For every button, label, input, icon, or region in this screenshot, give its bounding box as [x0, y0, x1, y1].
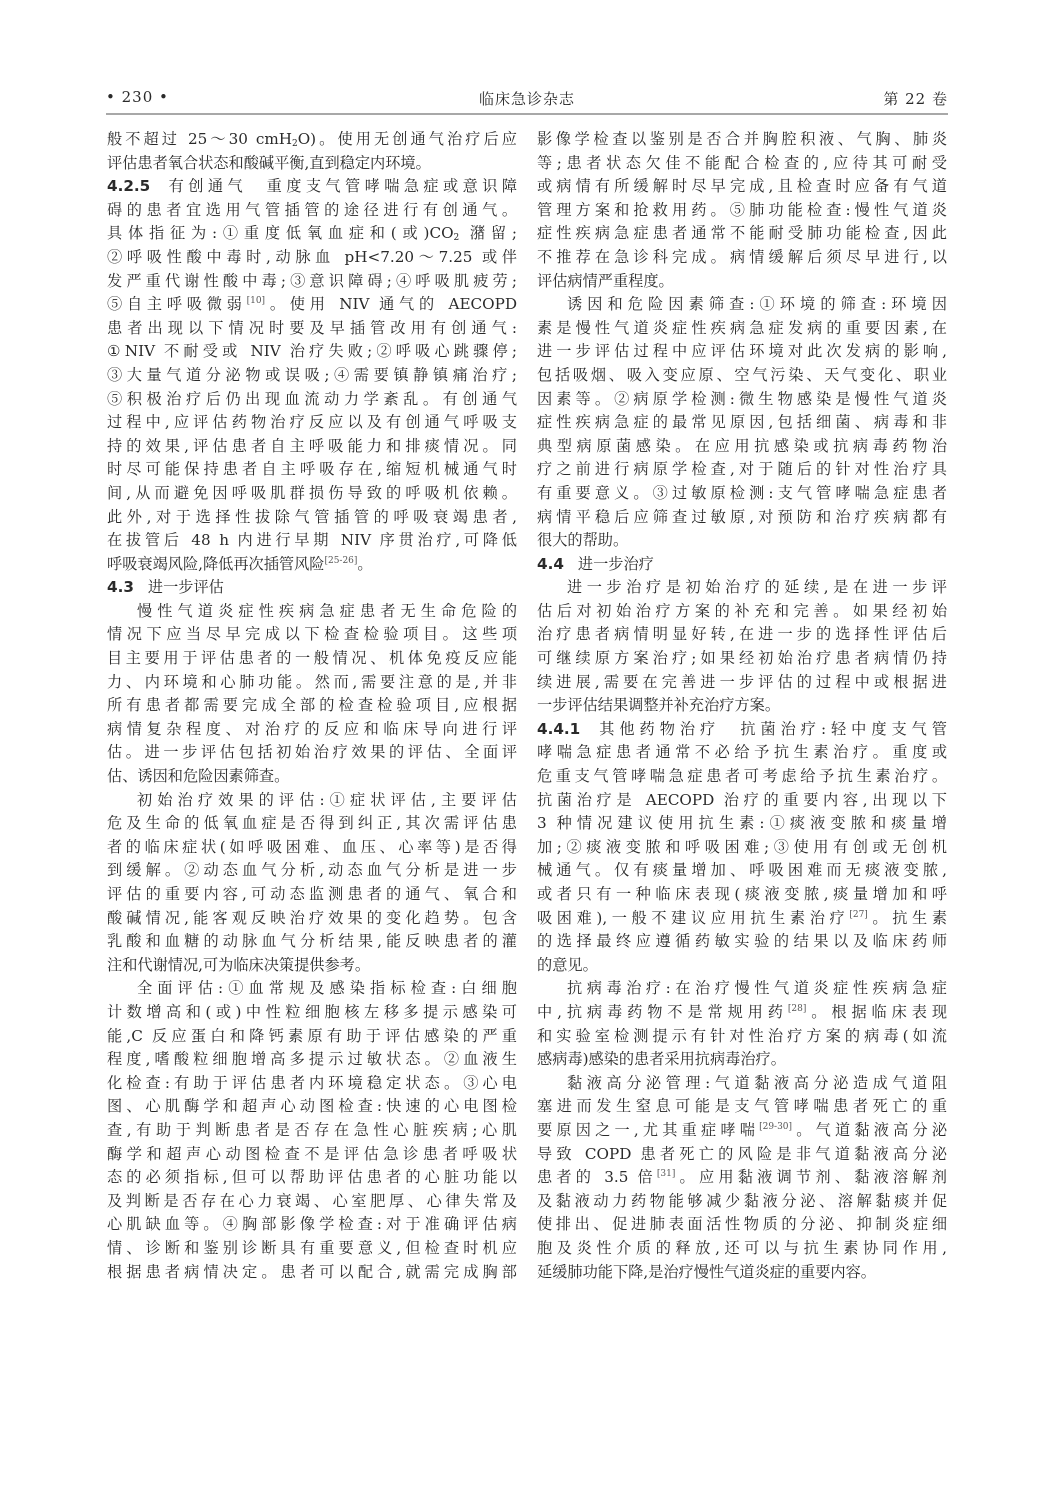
text-line: 持的效果,评估患者自主呼吸能力和排痰情况。同 [107, 435, 517, 459]
text-line: 初始治疗效果的评估:①症状评估,主要评估 [107, 789, 517, 813]
text-line: 时尽可能保持患者自主呼吸存在,缩短机械通气时 [107, 458, 517, 482]
left-column: 般不超过 25～30 cmH2O)。使用无创通气治疗后应评估患者氧合状态和酸碱平… [107, 128, 517, 1284]
text-line: 胞及炎性介质的释放,还可以与抗生素协同作用, [537, 1237, 947, 1261]
text-line: 评估的重要内容,可动态监测患者的通气、氧合和 [107, 883, 517, 907]
text-line: 因素等。②病原学检测:微生物感染是慢性气道炎 [537, 388, 947, 412]
text-line: 呼吸衰竭风险,降低再次插管风险[25-26]。 [107, 553, 517, 577]
text-line: 诱因和危险因素筛查:①环境的筛查:环境因 [537, 293, 947, 317]
text-line: 不推荐在急诊科完成。病情缓解后须尽早进行,以 [537, 246, 947, 270]
citation-ref: [25-26] [324, 556, 357, 566]
text-line: 哮喘急症患者通常不必给予抗生素治疗。重度或 [537, 741, 947, 765]
text-line: 危及生命的低氧血症是否得到纠正,其次需评估患 [107, 812, 517, 836]
text-line: 危重支气管哮喘急症患者可考虑给予抗生素治疗。 [537, 765, 947, 789]
subscript: 2 [292, 139, 298, 149]
section-heading-line: 4.4进一步治疗 [537, 553, 947, 577]
text-line: 患者的 3.5 倍[31]。应用黏液调节剂、黏液溶解剂 [537, 1166, 947, 1190]
text-line: 加;②痰液变脓和呼吸困难;③使用有创或无创机 [537, 836, 947, 860]
text-line: 估、诱因和危险因素筛查。 [107, 765, 517, 789]
text-line: 素是慢性气道炎症性疾病急症发病的重要因素,在 [537, 317, 947, 341]
text-line: 此外,对于选择性拔除气管插管的呼吸衰竭患者, [107, 506, 517, 530]
text-line: 黏液高分泌管理:气道黏液高分泌造成气道阻 [537, 1072, 947, 1096]
journal-title: 临床急诊杂志 [106, 88, 948, 109]
text-line: 包括吸烟、吸入变应原、空气污染、天气变化、职业 [537, 364, 947, 388]
text-line: 进一步治疗是初始治疗的延续,是在进一步评 [537, 576, 947, 600]
text-line: 延缓肺功能下降,是治疗慢性气道炎症的重要内容。 [537, 1261, 947, 1285]
text-line: 所有患者都需要完成全部的检查检验项目,应根据 [107, 694, 517, 718]
text-line: 吸困难),一般不建议应用抗生素治疗[27]。抗生素 [537, 907, 947, 931]
text-line: 估后对初始治疗方案的补充和完善。如果经初始 [537, 600, 947, 624]
text-line: 者的临床症状(如呼吸困难、血压、心率等)是否得 [107, 836, 517, 860]
running-header: • 230 • 临床急诊杂志 第 22 卷 [106, 88, 948, 112]
text-line: 很大的帮助。 [537, 529, 947, 553]
text-line: 的选择最终应遵循药敏实验的结果以及临床药师 [537, 930, 947, 954]
text-line: 等;患者状态欠佳不能配合检查的,应待其可耐受 [537, 152, 947, 176]
text-line: 过程中,应评估药物治疗反应以及有创通气呼吸支 [107, 411, 517, 435]
text-line: 要原因之一,尤其重症哮喘[29-30]。气道黏液高分泌 [537, 1119, 947, 1143]
text-line: 心肌缺血等。④胸部影像学检查:对于准确评估病 [107, 1213, 517, 1237]
subscript: 2 [454, 233, 460, 243]
text-line: 械通气。仅有痰量增加、呼吸困难而无痰液变脓, [537, 859, 947, 883]
text-line: 中,抗病毒药物不是常规用药[28]。根据临床表现 [537, 1001, 947, 1025]
text-line: 使排出、促进肺表面活性物质的分泌、抑制炎症细 [537, 1213, 947, 1237]
text-line: ⑤自主呼吸微弱[10]。使用 NIV 通气的 AECOPD [107, 293, 517, 317]
text-line: 进一步评估过程中应评估环境对此次发病的影响, [537, 340, 947, 364]
text-line: 程度,嗜酸粒细胞增高多提示过敏状态。②血液生 [107, 1048, 517, 1072]
text-line: 续进展,需要在完善进一步评估的过程中或根据进 [537, 671, 947, 695]
text-line: 化检查:有助于评估患者内环境稳定状态。③心电 [107, 1072, 517, 1096]
text-line: 或者只有一种临床表现(痰液变脓,痰量增加和呼 [537, 883, 947, 907]
text-line: 根据患者病情决定。患者可以配合,就需完成胸部 [107, 1261, 517, 1285]
text-line: 乳酸和血糖的动脉血气分析结果,能反映患者的灌 [107, 930, 517, 954]
text-line: 图、心肌酶学和超声心动图检查:快速的心电图检 [107, 1095, 517, 1119]
section-number: 4.3 [107, 578, 134, 596]
text-line: 病情平稳后应筛查过敏原,对预防和治疗疾病都有 [537, 506, 947, 530]
text-line: ⑤积极治疗后仍出现血流动力学紊乱。有创通气 [107, 388, 517, 412]
text-line: 塞进而发生窒息可能是支气管哮喘患者死亡的重 [537, 1095, 947, 1119]
citation-ref: [10] [247, 296, 265, 306]
text-line: 力、内环境和心肺功能。然而,需要注意的是,并非 [107, 671, 517, 695]
text-line: 态的必须指标,但可以帮助评估患者的心脏功能以 [107, 1166, 517, 1190]
text-line: 导致 COPD 患者死亡的风险是非气道黏液高分泌 [537, 1143, 947, 1167]
text-line: 查,有助于判断患者是否存在急性心脏疾病;心肌 [107, 1119, 517, 1143]
section-number: 4.4.1 [537, 720, 580, 738]
volume-label: 第 22 卷 [883, 88, 948, 109]
text-line: ①NIV 不耐受或 NIV 治疗失败;②呼吸心跳骤停; [107, 340, 517, 364]
text-line: 评估患者氧合状态和酸碱平衡,直到稳定内环境。 [107, 152, 517, 176]
text-line: 影像学检查以鉴别是否合并胸腔积液、气胸、肺炎 [537, 128, 947, 152]
citation-ref: [31] [657, 1169, 675, 1179]
text-line: 在拔管后 48 h 内进行早期 NIV 序贯治疗,可降低 [107, 529, 517, 553]
text-line: 能,C 反应蛋白和降钙素原有助于评估感染的严重 [107, 1025, 517, 1049]
section-heading-line: 4.3进一步评估 [107, 576, 517, 600]
text-line: 酸碱情况,能客观反映治疗效果的变化趋势。包含 [107, 907, 517, 931]
text-line: 酶学和超声心动图检查不是评估急诊患者呼吸状 [107, 1143, 517, 1167]
right-column: 影像学检查以鉴别是否合并胸腔积液、气胸、肺炎等;患者状态欠佳不能配合检查的,应待… [537, 128, 947, 1284]
text-line: 抗菌治疗是 AECOPD 治疗的重要内容,出现以下 [537, 789, 947, 813]
text-line: 全面评估:①血常规及感染指标检查:白细胞 [107, 977, 517, 1001]
text-line: 具体指征为:①重度低氧血症和(或)CO2 潴留; [107, 222, 517, 246]
text-line: 估。进一步评估包括初始治疗效果的评估、全面评 [107, 741, 517, 765]
section-number: 4.2.5 [107, 177, 150, 195]
section-heading-line: 4.4.1其他药物治疗 抗菌治疗:轻中度支气管 [537, 718, 947, 742]
text-line: 般不超过 25～30 cmH2O)。使用无创通气治疗后应 [107, 128, 517, 152]
text-line: 慢性气道炎症性疾病急症患者无生命危险的 [107, 600, 517, 624]
text-line: 一步评估结果调整并补充治疗方案。 [537, 694, 947, 718]
text-line: 治疗患者病情明显好转,在进一步的选择性评估后 [537, 623, 947, 647]
text-line: 和实验室检测提示有针对性治疗方案的病毒(如流 [537, 1025, 947, 1049]
text-line: 患者出现以下情况时要及早插管改用有创通气: [107, 317, 517, 341]
citation-ref: [29-30] [759, 1122, 792, 1132]
text-line: 典型病原菌感染。在应用抗感染或抗病毒药物治 [537, 435, 947, 459]
section-number: 4.4 [537, 555, 564, 573]
header-rule [106, 113, 948, 115]
text-line: ③大量气道分泌物或误吸;④需要镇静镇痛治疗; [107, 364, 517, 388]
text-line: 到缓解。②动态血气分析,动态血气分析是进一步 [107, 859, 517, 883]
citation-ref: [28] [788, 1004, 806, 1014]
text-line: 或病情有所缓解时尽早完成,且检查时应备有气道 [537, 175, 947, 199]
text-line: 碍的患者宜选用气管插管的途径进行有创通气。 [107, 199, 517, 223]
text-line: 及黏液动力药物能够减少黏液分泌、溶解黏痰并促 [537, 1190, 947, 1214]
text-line: 间,从而避免因呼吸肌群损伤导致的呼吸机依赖。 [107, 482, 517, 506]
text-line: 及判断是否存在心力衰竭、心室肥厚、心律失常及 [107, 1190, 517, 1214]
text-line: 有重要意义。③过敏原检测:支气管哮喘急症患者 [537, 482, 947, 506]
text-line: 发严重代谢性酸中毒;③意识障碍;④呼吸肌疲劳; [107, 270, 517, 294]
text-line: 症性疾病急症的最常见原因,包括细菌、病毒和非 [537, 411, 947, 435]
text-line: 病情复杂程度、对治疗的反应和临床导向进行评 [107, 718, 517, 742]
text-line: 注和代谢情况,可为临床决策提供参考。 [107, 954, 517, 978]
text-line: 管理方案和抢救用药。⑤肺功能检查:慢性气道炎 [537, 199, 947, 223]
text-line: 3 种情况建议使用抗生素:①痰液变脓和痰量增 [537, 812, 947, 836]
text-line: 情、诊断和鉴别诊断具有重要意义,但检查时机应 [107, 1237, 517, 1261]
text-line: ②呼吸性酸中毒时,动脉血 pH<7.20～7.25 或伴 [107, 246, 517, 270]
text-line: 感病毒)感染的患者采用抗病毒治疗。 [537, 1048, 947, 1072]
text-line: 症性疾病急症患者通常不能耐受肺功能检查,因此 [537, 222, 947, 246]
text-line: 可继续原方案治疗;如果经初始治疗患者病情仍持 [537, 647, 947, 671]
text-line: 目主要用于评估患者的一般情况、机体免疫反应能 [107, 647, 517, 671]
text-line: 计数增高和(或)中性粒细胞核左移多提示感染可 [107, 1001, 517, 1025]
text-line: 疗之前进行病原学检查,对于随后的针对性治疗具 [537, 458, 947, 482]
text-line: 情况下应当尽早完成以下检查检验项目。这些项 [107, 623, 517, 647]
section-heading-line: 4.2.5有创通气 重度支气管哮喘急症或意识障 [107, 175, 517, 199]
text-line: 评估病情严重程度。 [537, 270, 947, 294]
text-line: 抗病毒治疗:在治疗慢性气道炎症性疾病急症 [537, 977, 947, 1001]
text-line: 的意见。 [537, 954, 947, 978]
citation-ref: [27] [849, 910, 867, 920]
